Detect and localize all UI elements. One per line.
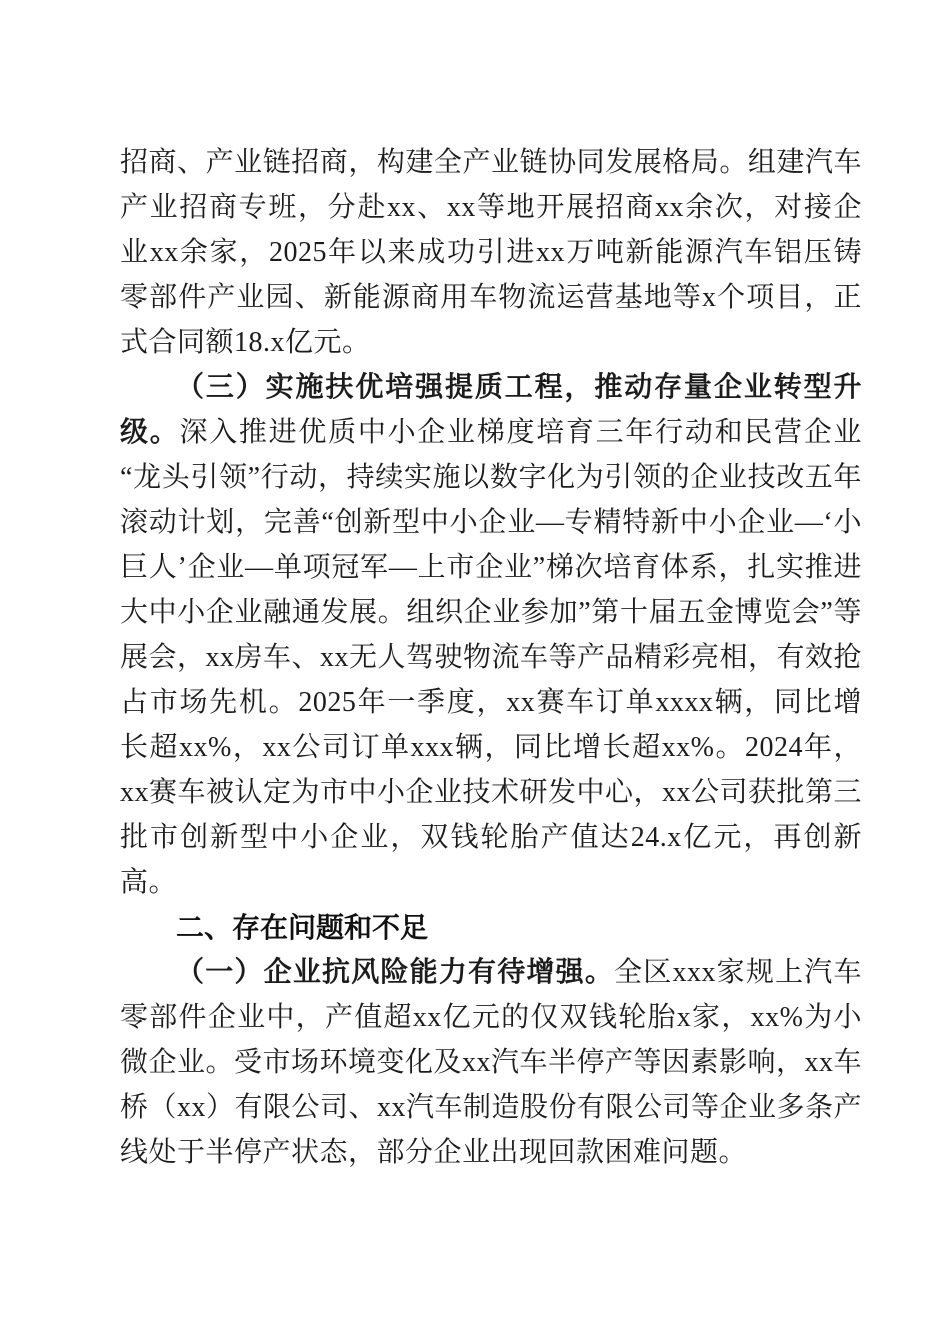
paragraph-investment-attraction: 招商、产业链招商，构建全产业链协同发展格局。组建汽车产业招商专班，分赴xx、xx… [120,140,862,365]
paragraph-risk-resistance: （一）企业抗风险能力有待增强。全区xxx家规上汽车零部件企业中，产值超xx亿元的… [120,950,862,1175]
paragraph-lead-risk-resistance: （一）企业抗风险能力有待增强。 [176,957,614,988]
section-heading-problems: 二、存在问题和不足 [120,905,862,950]
paragraph-text-risk-resistance: 全区xxx家规上汽车零部件企业中，产值超xx亿元的仅双钱轮胎x家，xx%为小微企… [120,957,862,1168]
document-body: 招商、产业链招商，构建全产业链协同发展格局。组建汽车产业招商专班，分赴xx、xx… [0,0,950,1175]
paragraph-text-section-three: 深入推进优质中小企业梯度培育三年行动和民营企业“龙头引领”行动，持续实施以数字化… [120,417,862,898]
document-page: 招商、产业链招商，构建全产业链协同发展格局。组建汽车产业招商专班，分赴xx、xx… [0,0,950,1344]
paragraph-section-three-upgrade: （三）实施扶优培强提质工程，推动存量企业转型升级。深入推进优质中小企业梯度培育三… [120,365,862,905]
